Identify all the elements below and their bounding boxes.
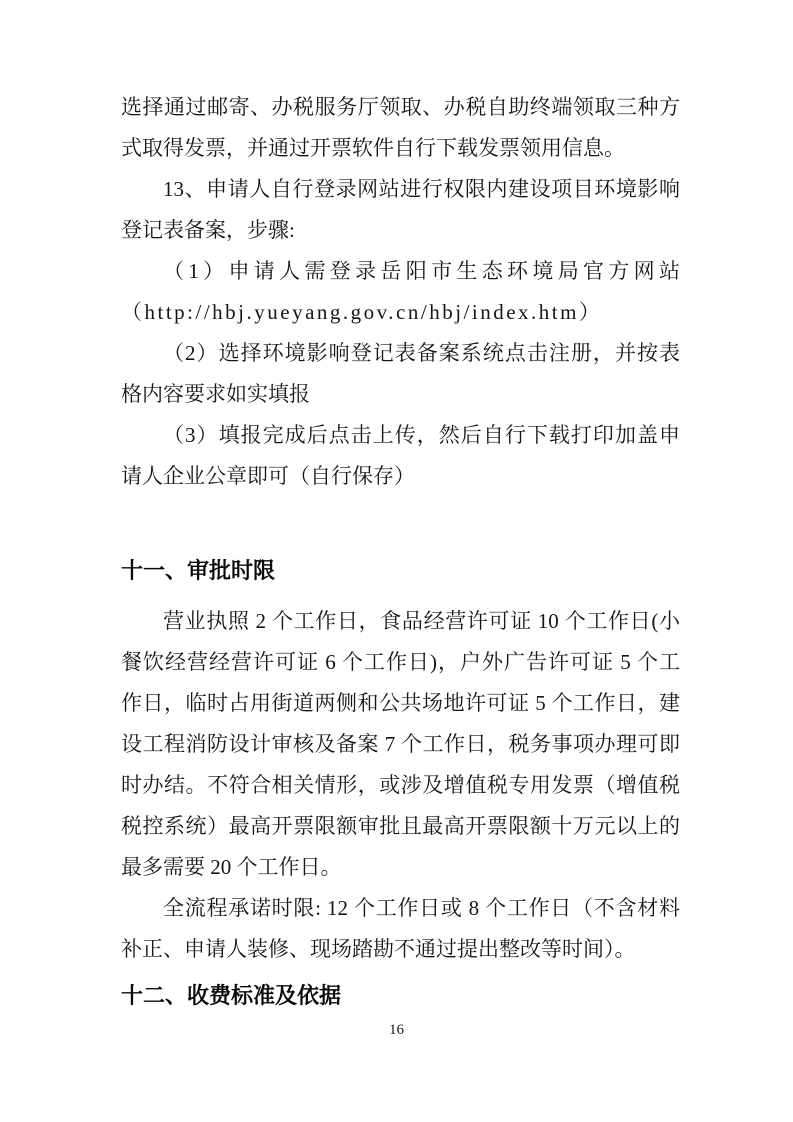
section-heading-fee-standards: 十二、收费标准及依据: [121, 981, 680, 1011]
website-url-text: （http://hbj.yueyang.gov.cn/hbj/index.htm…: [121, 292, 680, 333]
document-page: 选择通过邮寄、办税服务厅领取、办税自助终端领取三种方 式取得发票，并通过开票软件…: [0, 0, 793, 1122]
text-line: 格内容要求如实填报: [121, 374, 680, 415]
paragraph-step-2: （2）选择环境影响登记表备案系统点击注册，并按表 格内容要求如实填报: [121, 333, 680, 415]
text-line: （1）申请人需登录岳阳市生态环境局官方网站: [121, 251, 680, 292]
text-line: 营业执照 2 个工作日，食品经营许可证 10 个工作日(小: [121, 601, 680, 642]
text-line: 全流程承诺时限: 12 个工作日或 8 个工作日（不含材料: [121, 888, 680, 929]
text-line: 最多需要 20 个工作日。: [121, 847, 680, 888]
text-content: 选择通过邮寄、办税服务厅领取、办税自助终端领取三种方 式取得发票，并通过开票软件…: [121, 87, 680, 1011]
paragraph-step-3: （3）填报完成后点击上传，然后自行下载打印加盖申 请人企业公章即可（自行保存）: [121, 415, 680, 497]
text-line: 补正、申请人装修、现场踏勘不通过提出整改等时间）。: [121, 929, 680, 970]
text-line: 税控系统）最高开票限额审批且最高开票限额十万元以上的: [121, 806, 680, 847]
paragraph-approval-durations: 营业执照 2 个工作日，食品经营许可证 10 个工作日(小 餐饮经营经营许可证 …: [121, 601, 680, 888]
text-line: 餐饮经营经营许可证 6 个工作日)，户外广告许可证 5 个工: [121, 642, 680, 683]
text-line: 式取得发票，并通过开票软件自行下载发票领用信息。: [121, 128, 680, 169]
text-line: 作日，临时占用街道两侧和公共场地许可证 5 个工作日，建: [121, 683, 680, 724]
text-line: （3）填报完成后点击上传，然后自行下载打印加盖申: [121, 415, 680, 456]
paragraph-invoice-continuation: 选择通过邮寄、办税服务厅领取、办税自助终端领取三种方 式取得发票，并通过开票软件…: [121, 87, 680, 169]
text-line: 时办结。不符合相关情形，或涉及增值税专用发票（增值税: [121, 765, 680, 806]
paragraph-overall-commitment: 全流程承诺时限: 12 个工作日或 8 个工作日（不含材料 补正、申请人装修、现…: [121, 888, 680, 970]
text-line: 登记表备案，步骤:: [121, 210, 680, 251]
text-line: 请人企业公章即可（自行保存）: [121, 456, 680, 497]
section-heading-approval-time-limit: 十一、审批时限: [121, 556, 680, 586]
text-line: （2）选择环境影响登记表备案系统点击注册，并按表: [121, 333, 680, 374]
page-number: 16: [0, 1022, 793, 1039]
paragraph-item-13: 13、申请人自行登录网站进行权限内建设项目环境影响 登记表备案，步骤:: [121, 169, 680, 251]
text-line: 13、申请人自行登录网站进行权限内建设项目环境影响: [121, 169, 680, 210]
paragraph-step-1: （1）申请人需登录岳阳市生态环境局官方网站 （http://hbj.yueyan…: [121, 251, 680, 333]
text-line: 选择通过邮寄、办税服务厅领取、办税自助终端领取三种方: [121, 87, 680, 128]
text-line: 设工程消防设计审核及备案 7 个工作日，税务事项办理可即: [121, 724, 680, 765]
